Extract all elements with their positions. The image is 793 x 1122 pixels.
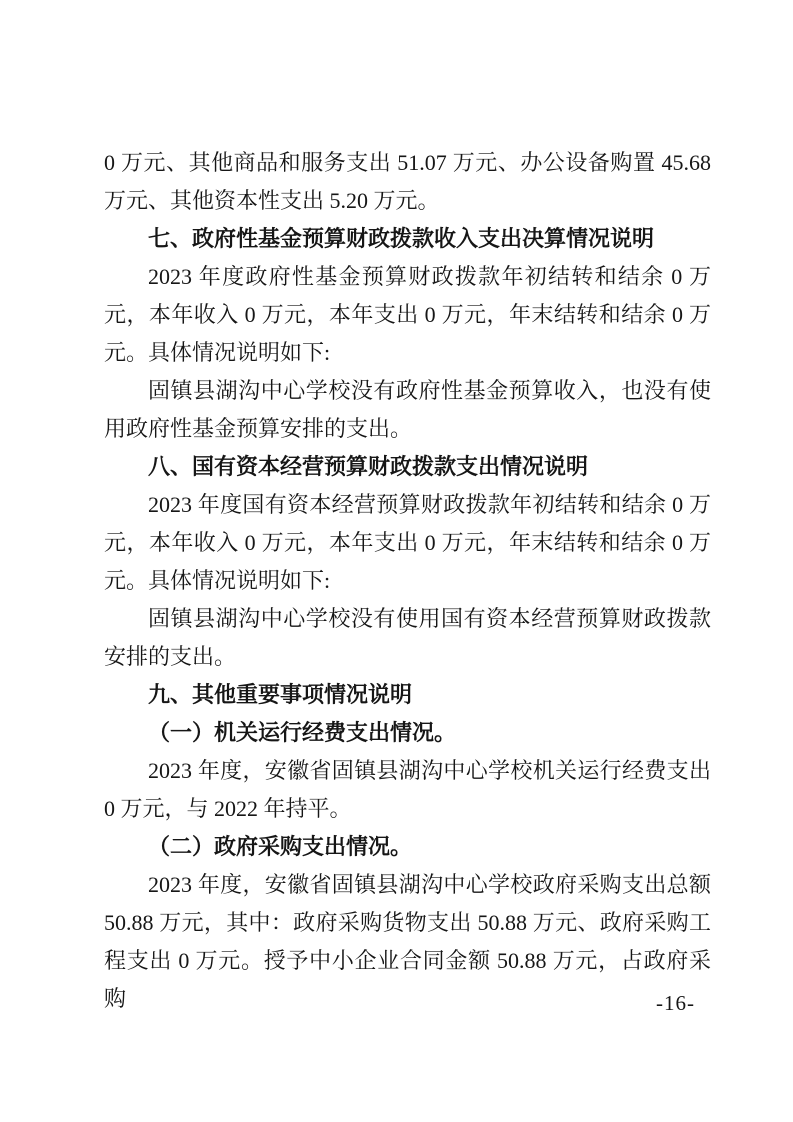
document-page: 0 万元、其他商品和服务支出 51.07 万元、办公设备购置 45.68 万元、… [0,0,793,1122]
page-number: -16- [656,985,695,1021]
para-operating-expense: 2023 年度，安徽省固镇县湖沟中心学校机关运行经费支出 0 万元，与 2022… [104,752,711,828]
para-gov-fund-detail: 固镇县湖沟中心学校没有政府性基金预算收入，也没有使用政府性基金预算安排的支出。 [104,372,711,448]
page-content: 0 万元、其他商品和服务支出 51.07 万元、办公设备购置 45.68 万元、… [104,144,711,1018]
section-heading-8-soe-capital: 八、国有资本经营预算财政拨款支出情况说明 [104,448,711,486]
subheading-procurement: （二）政府采购支出情况。 [104,828,711,866]
para-procurement-total: 2023 年度，安徽省固镇县湖沟中心学校政府采购支出总额 50.88 万元，其中… [104,866,711,1018]
para-soe-capital-summary: 2023 年度国有资本经营预算财政拨款年初结转和结余 0 万元，本年收入 0 万… [104,486,711,600]
para-gov-fund-summary: 2023 年度政府性基金预算财政拨款年初结转和结余 0 万元，本年收入 0 万元… [104,258,711,372]
section-heading-9-other-matters: 九、其他重要事项情况说明 [104,676,711,714]
para-capital-expense-continuation: 0 万元、其他商品和服务支出 51.07 万元、办公设备购置 45.68 万元、… [104,144,711,220]
subheading-operating-expense: （一）机关运行经费支出情况。 [104,714,711,752]
section-heading-7-gov-fund: 七、政府性基金预算财政拨款收入支出决算情况说明 [104,220,711,258]
para-soe-capital-detail: 固镇县湖沟中心学校没有使用国有资本经营预算财政拨款安排的支出。 [104,600,711,676]
